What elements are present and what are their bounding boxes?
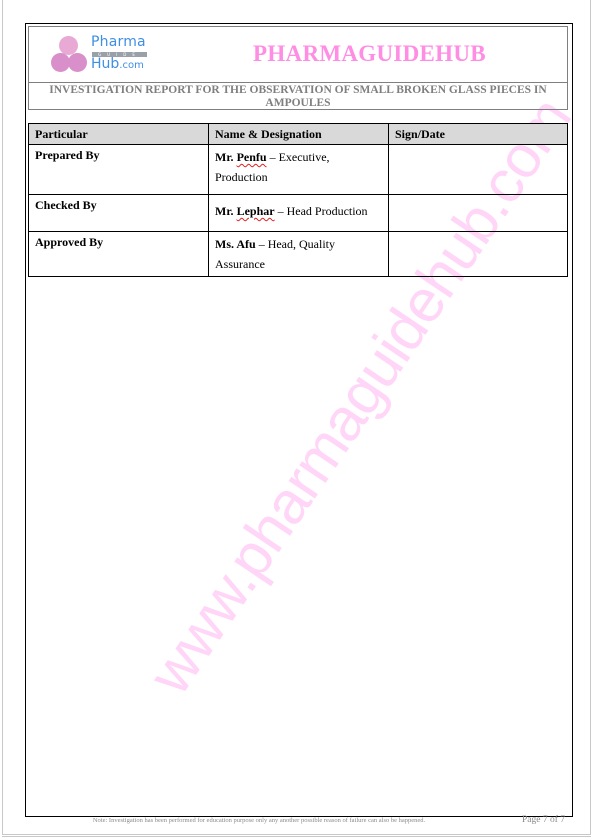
table-header-row: Particular Name & Designation Sign/Date [29, 124, 568, 145]
name-designation-cell: Mr. Lephar – Head Production [209, 195, 389, 232]
column-header-name-designation: Name & Designation [209, 124, 389, 145]
name-designation-cell: Ms. Afu – Head, Quality Assurance [209, 232, 389, 277]
page-bottom-edge [2, 836, 591, 837]
document-header: Pharma GUIDE Hub.com PHARMAGUIDEHUB INVE… [28, 26, 568, 110]
person-name: Mr. Penfu [215, 150, 267, 164]
name-designation-cell: Mr. Penfu – Executive, Production [209, 145, 389, 195]
report-title: INVESTIGATION REPORT FOR THE OBSERVATION… [29, 83, 567, 110]
table-row: Prepared By Mr. Penfu – Executive, Produ… [29, 145, 568, 195]
table-row: Approved By Ms. Afu – Head, Quality Assu… [29, 232, 568, 277]
sign-date-cell[interactable] [389, 145, 568, 195]
person-surname: Afu [236, 237, 255, 251]
sign-date-cell[interactable] [389, 195, 568, 232]
sign-date-cell[interactable] [389, 232, 568, 277]
logo-hub: Hub [91, 56, 119, 72]
particular-cell: Approved By [29, 232, 209, 277]
header-top-band: Pharma GUIDE Hub.com PHARMAGUIDEHUB [29, 27, 567, 83]
logo-text-hub: Hub.com [91, 56, 144, 72]
particular-cell: Prepared By [29, 145, 209, 195]
person-surname: Penfu [237, 150, 267, 164]
person-designation: – Head Production [275, 204, 368, 218]
person-name: Ms. Afu [215, 237, 256, 251]
page-number: Page 7 of 7 [522, 815, 565, 825]
particular-cell: Checked By [29, 195, 209, 232]
pharmaguidehub-logo: Pharma GUIDE Hub.com [51, 34, 151, 74]
approval-table: Particular Name & Designation Sign/Date … [28, 123, 568, 277]
brand-title: PHARMAGUIDEHUB [253, 41, 486, 67]
person-surname: Lephar [237, 204, 275, 218]
logo-circle-icon [68, 53, 87, 72]
logo-text-pharma: Pharma [91, 34, 146, 50]
table-row: Checked By Mr. Lephar – Head Production [29, 195, 568, 232]
person-name: Mr. Lephar [215, 204, 275, 218]
footer-note: Note: Investigation has been performed f… [0, 817, 510, 824]
person-title: Ms. [215, 237, 236, 251]
person-title: Mr. [215, 150, 237, 164]
person-title: Mr. [215, 204, 237, 218]
logo-dotcom: .com [119, 60, 144, 71]
column-header-particular: Particular [29, 124, 209, 145]
column-header-sign-date: Sign/Date [389, 124, 568, 145]
